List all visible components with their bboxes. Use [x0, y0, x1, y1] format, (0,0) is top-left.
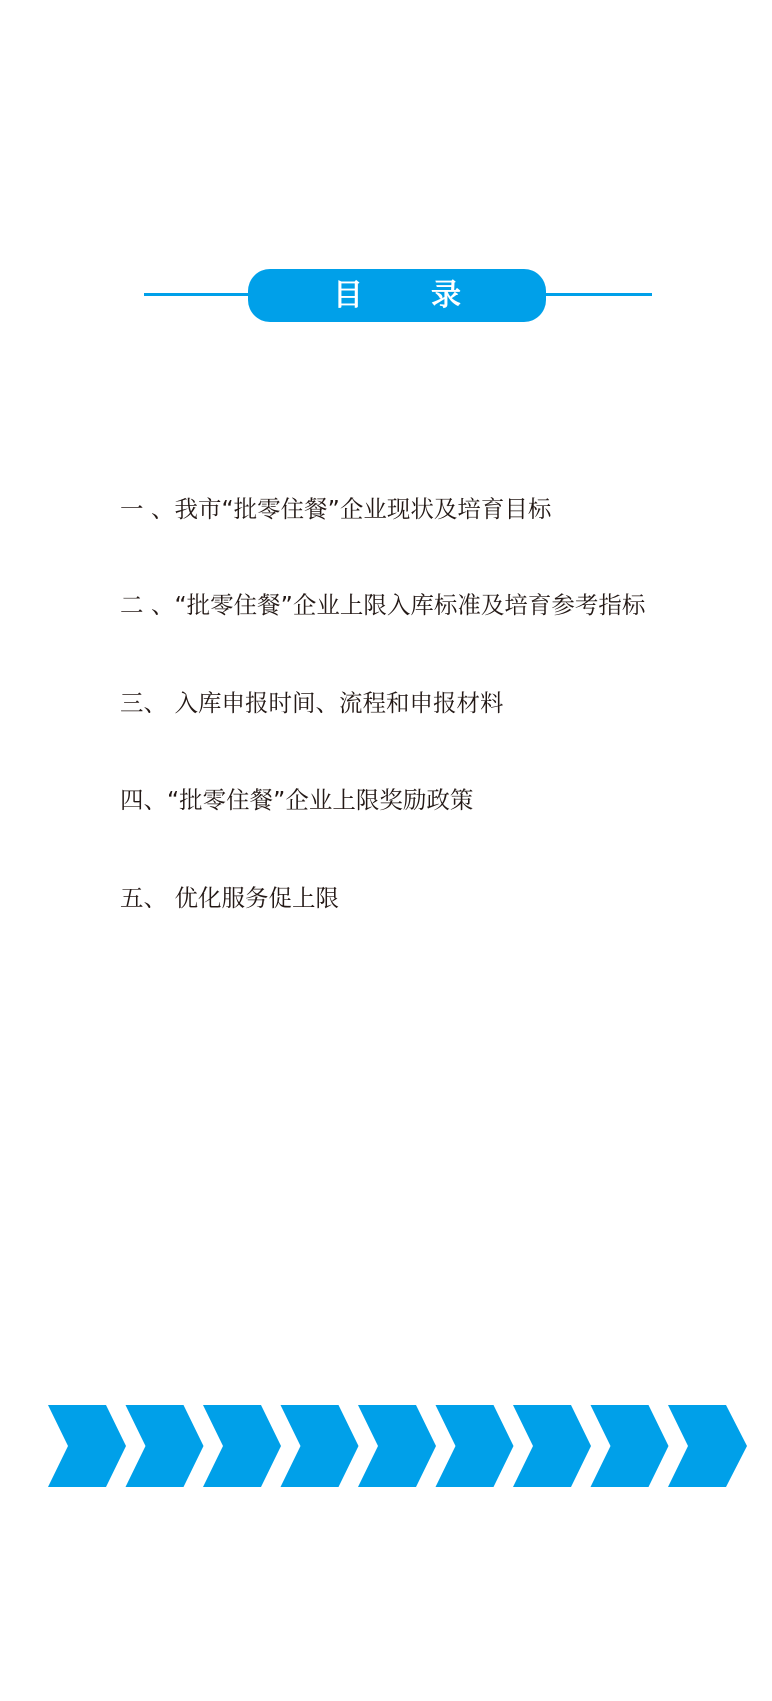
chevron-right-icon — [281, 1405, 359, 1487]
toc-item-1[interactable]: 一 、我市“批零住餐”企业现状及培育目标 — [120, 494, 551, 524]
chevron-right-icon — [126, 1405, 204, 1487]
chevron-right-icon — [203, 1405, 281, 1487]
title-badge: 目 录 — [248, 269, 546, 322]
toc-item-4[interactable]: 四、“批零住餐”企业上限奖励政策 — [120, 785, 473, 815]
page-title-char-1: 目 — [333, 281, 363, 311]
page-title-char-2: 录 — [431, 281, 461, 311]
chevron-right-icon — [436, 1405, 514, 1487]
chevron-right-icon — [591, 1405, 669, 1487]
toc-item-2[interactable]: 二 、“批零住餐”企业上限入库标准及培育参考指标 — [120, 590, 645, 620]
toc-item-5[interactable]: 五、 优化服务促上限 — [120, 883, 339, 913]
chevron-banner — [0, 1405, 772, 1488]
chevron-right-icon — [358, 1405, 436, 1487]
toc-item-3[interactable]: 三、 入库申报时间、流程和申报材料 — [120, 688, 503, 718]
chevron-right-icon — [48, 1405, 126, 1487]
chevron-right-icon — [513, 1405, 591, 1487]
chevron-right-icon — [668, 1405, 747, 1487]
